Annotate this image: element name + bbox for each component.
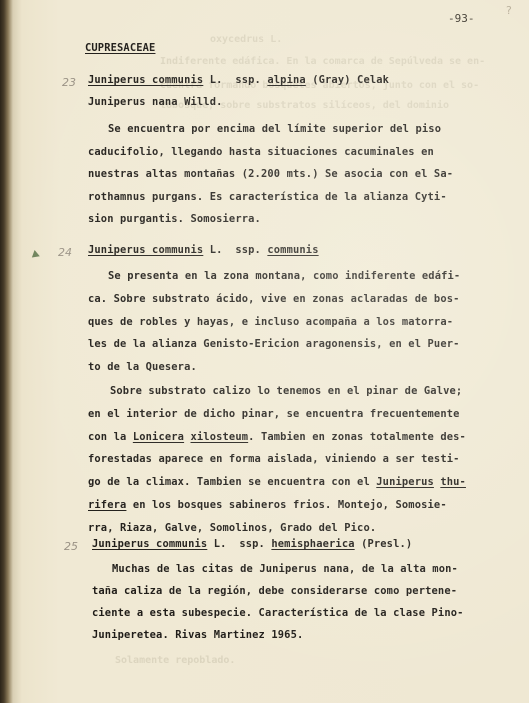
- entry-title: Juniperus communis L. ssp. alpina (Gray)…: [88, 74, 389, 86]
- entry-number: 25: [64, 540, 78, 553]
- species-author: L.: [214, 538, 227, 550]
- text-line: caducifolio, llegando hasta situaciones …: [88, 146, 434, 158]
- text-line: forestadas aparece en forma aislada, vin…: [88, 453, 460, 465]
- text-line: ciente a esta subespecie. Característica…: [92, 607, 464, 619]
- text-line: Se encuentra por encima del límite super…: [108, 123, 441, 135]
- entry-title: Juniperus communis L. ssp. communis: [88, 244, 319, 256]
- synonym: Juniperus nana Willd.: [88, 96, 223, 108]
- subspecies-name: communis: [267, 244, 318, 256]
- subspecies-author: (Presl.): [361, 538, 412, 550]
- text-fragment: go de la climax. Tambien se encuentra co…: [88, 476, 376, 488]
- text-line: sion purgantis. Somosierra.: [88, 213, 261, 225]
- entry-title: Juniperus communis L. ssp. hemisphaerica…: [92, 538, 412, 550]
- page-number: -93-: [448, 12, 475, 25]
- text-line: en el interior de dicho pinar, se encuen…: [88, 408, 460, 420]
- text-line: Se presenta en la zona montana, como ind…: [108, 270, 460, 282]
- species-author: L.: [210, 74, 223, 86]
- ssp-label: ssp.: [235, 244, 261, 256]
- text-line: con la Lonicera xilosteum. Tambien en zo…: [88, 431, 466, 443]
- species-epithet: thu-: [440, 476, 466, 488]
- subspecies-name: hemisphaerica: [271, 538, 354, 550]
- subspecies-name: alpina: [267, 74, 305, 86]
- bleed-through-line: Indiferente edáfica. En la comarca de Se…: [160, 56, 485, 67]
- species-name: Juniperus: [376, 476, 434, 488]
- margin-arrow-mark: [32, 250, 41, 260]
- species-name: Juniperus communis: [88, 74, 203, 86]
- entry-number: 24: [58, 246, 72, 259]
- text-line: les de la alianza Genisto-Ericion aragon…: [88, 338, 460, 350]
- text-fragment: en los bosques sabineros frios. Montejo,…: [126, 499, 446, 511]
- species-epithet: xilosteum: [191, 431, 249, 443]
- text-line: rothamnus purgans. Es característica de …: [88, 191, 447, 203]
- bleed-through-line: oxycedrus L.: [210, 34, 282, 45]
- text-line: nuestras altas montañas (2.200 mts.) Se …: [88, 168, 453, 180]
- bleed-through-line: Solamente repoblado.: [115, 655, 235, 666]
- text-line: to de la Quesera.: [88, 361, 197, 373]
- text-line: Sobre substrato calizo lo tenemos en el …: [110, 385, 462, 397]
- species-name: Juniperus communis: [92, 538, 207, 550]
- entry-number: 23: [62, 76, 76, 89]
- ssp-label: ssp.: [235, 74, 261, 86]
- subspecies-author: (Gray) Celak: [312, 74, 389, 86]
- text-line: ques de robles y hayas, e incluso acompa…: [88, 316, 453, 328]
- ssp-label: ssp.: [239, 538, 265, 550]
- pencil-mark: ?: [506, 4, 512, 17]
- text-line: Juniperetea. Rivas Martinez 1965.: [92, 629, 303, 641]
- species-name: Lonicera: [133, 431, 184, 443]
- text-fragment: . Tambien en zonas totalmente des-: [248, 431, 466, 443]
- typewritten-page: oxycedrus L. Indiferente edáfica. En la …: [0, 0, 529, 703]
- species-name: Juniperus communis: [88, 244, 203, 256]
- species-epithet: rifera: [88, 499, 126, 511]
- text-line: taña caliza de la región, debe considera…: [92, 585, 457, 597]
- text-line: rra, Riaza, Galve, Somolinos, Grado del …: [88, 522, 376, 534]
- species-author: L.: [210, 244, 223, 256]
- text-fragment: con la: [88, 431, 133, 443]
- text-line: Muchas de las citas de Juniperus nana, d…: [112, 563, 458, 575]
- text-line: go de la climax. Tambien se encuentra co…: [88, 476, 466, 488]
- text-line: rifera en los bosques sabineros frios. M…: [88, 499, 447, 511]
- family-heading: CUPRESACEAE: [85, 42, 155, 54]
- text-line: ca. Sobre substrato ácido, vive en zonas…: [88, 293, 460, 305]
